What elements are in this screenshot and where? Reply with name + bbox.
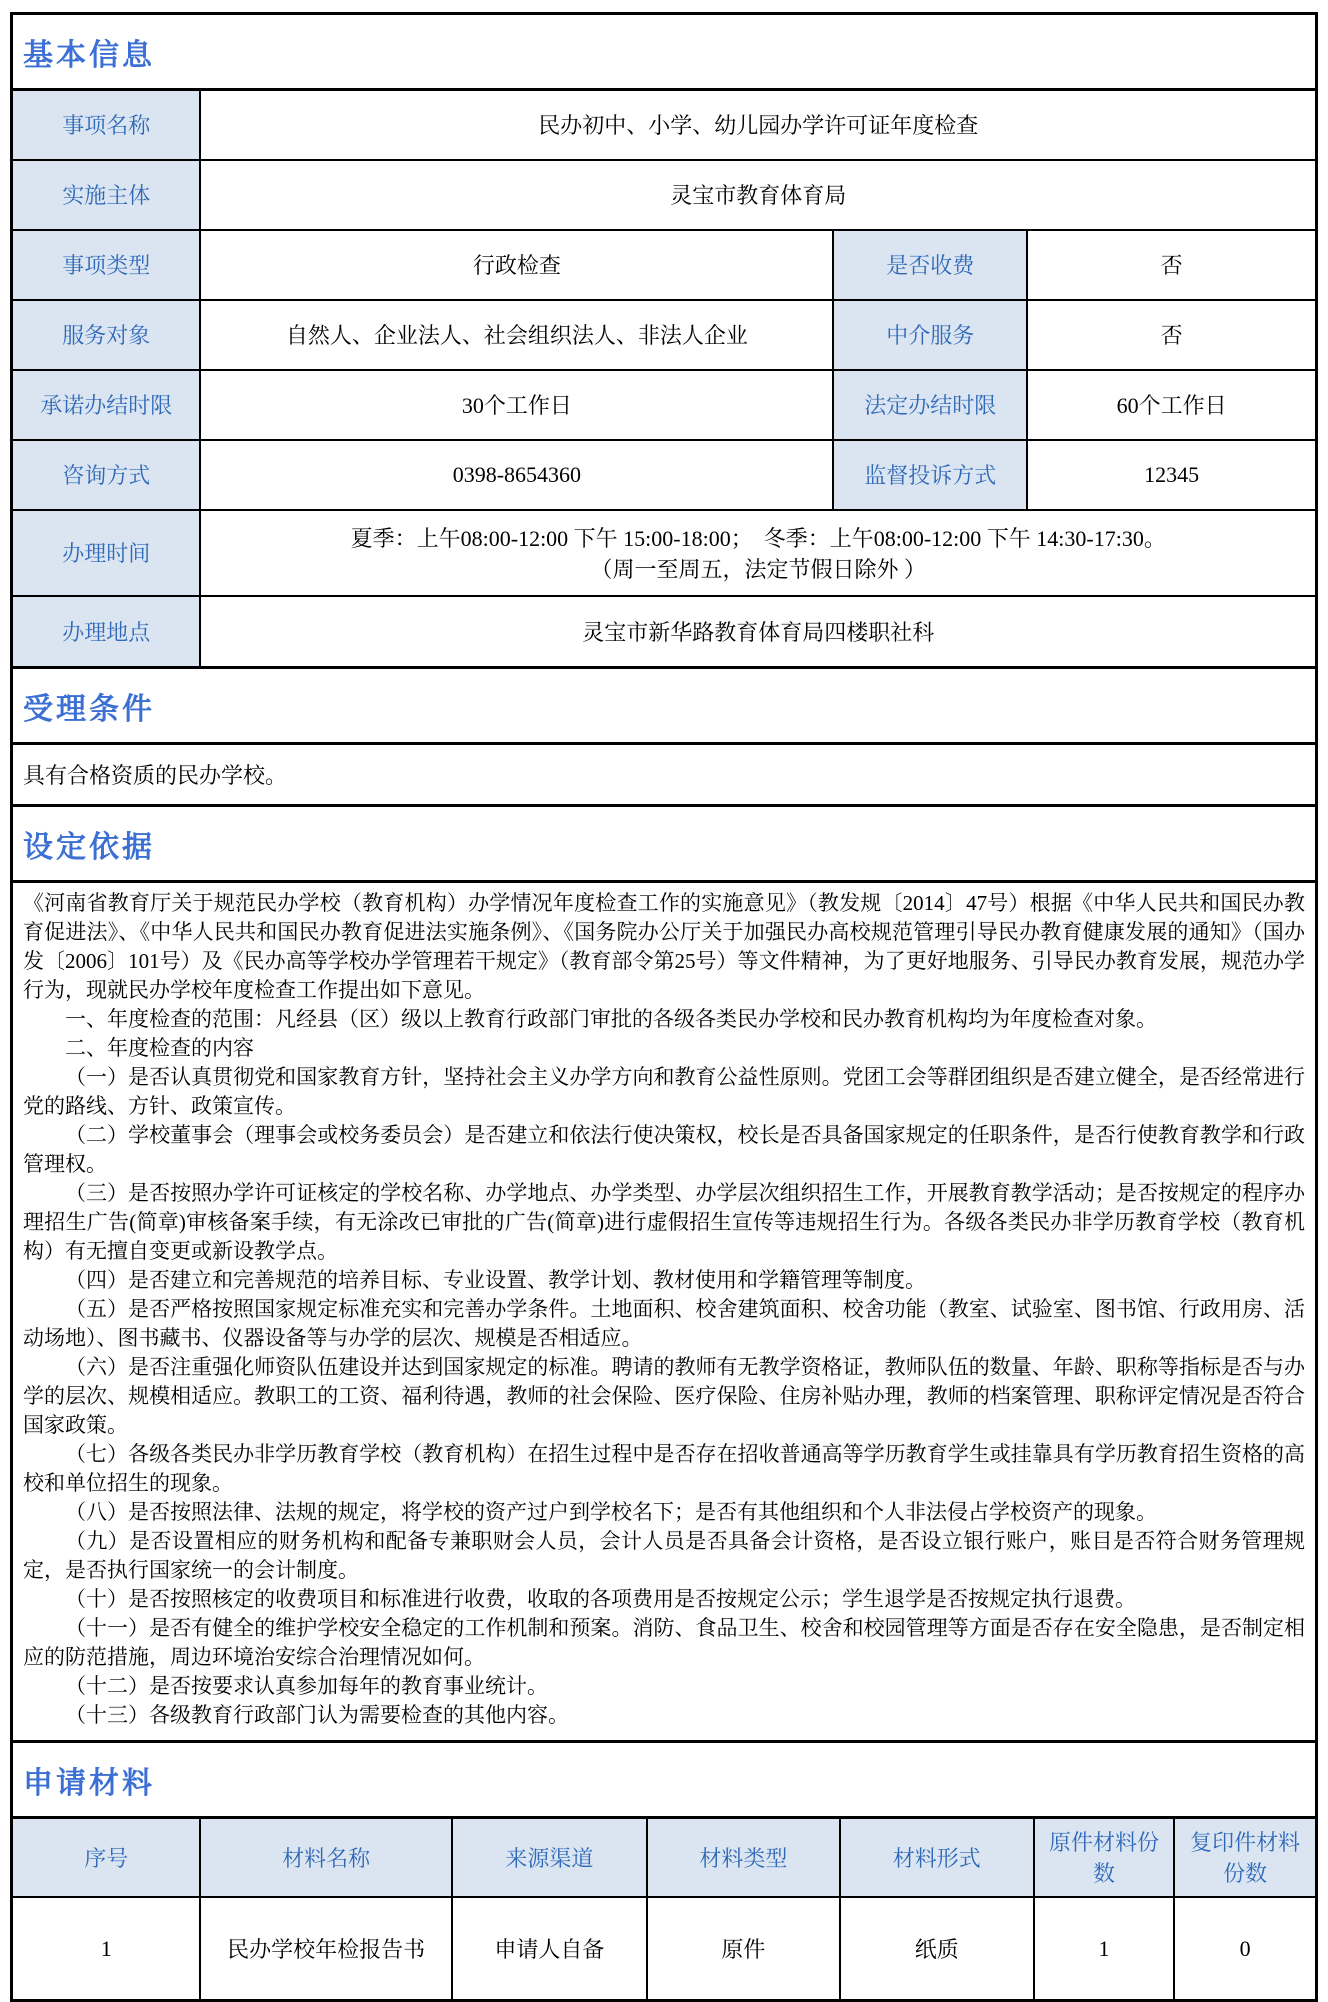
basis-paragraph: （七）各级各类民办非学历教育学校（教育机构）在招生过程中是否存在招收普通高等学历… [23, 1440, 1305, 1498]
header-cell: 原件材料份数 [1034, 1817, 1175, 1897]
field-value: 夏季：上午08:00-12:00 下午 15:00-18:00； 冬季：上午08… [200, 510, 1315, 596]
field-value: 60个工作日 [1027, 370, 1315, 440]
basis-paragraph: 《河南省教育厅关于规范民办学校（教育机构）办学情况年度检查工作的实施意见》（教发… [23, 889, 1305, 1005]
materials-table: 序号 材料名称 来源渠道 材料类型 材料形式 原件材料份数 复印件材料份数 1 … [13, 1816, 1315, 2000]
header-cell: 材料类型 [647, 1817, 840, 1897]
basic-info-table: 事项名称 民办初中、小学、幼儿园办学许可证年度检查 实施主体 灵宝市教育体育局 … [13, 88, 1315, 666]
field-label: 办理时间 [13, 510, 200, 596]
field-value: 12345 [1027, 440, 1315, 510]
table-row: 1 民办学校年检报告书 申请人自备 原件 纸质 1 0 [13, 1897, 1315, 1999]
field-label: 是否收费 [833, 230, 1027, 300]
table-row: 实施主体 灵宝市教育体育局 [13, 160, 1315, 230]
section-title-basic-info: 基本信息 [13, 15, 1315, 88]
basis-paragraph: （十三）各级教育行政部门认为需要检查的其他内容。 [23, 1701, 1305, 1730]
cell-material-name: 民办学校年检报告书 [200, 1897, 451, 1999]
header-cell: 来源渠道 [452, 1817, 647, 1897]
basis-paragraph: （四）是否建立和完善规范的培养目标、专业设置、教学计划、教材使用和学籍管理等制度… [23, 1266, 1305, 1295]
field-label: 实施主体 [13, 160, 200, 230]
header-cell: 序号 [13, 1817, 200, 1897]
acceptance-content: 具有合格资质的民办学校。 [13, 742, 1315, 804]
basis-paragraph: （九）是否设置相应的财务机构和配备专兼职财会人员，会计人员是否具备会计资格，是否… [23, 1527, 1305, 1585]
cell-source: 申请人自备 [452, 1897, 647, 1999]
basis-paragraph: （二）学校董事会（理事会或校务委员会）是否建立和依法行使决策权，校长是否具备国家… [23, 1121, 1305, 1179]
cell-copy-count: 0 [1174, 1897, 1315, 1999]
basis-paragraph: （一）是否认真贯彻党和国家教育方针，坚持社会主义办学方向和教育公益性原则。党团工… [23, 1063, 1305, 1121]
basis-paragraph: （六）是否注重强化师资队伍建设并达到国家规定的标准。聘请的教师有无教学资格证，教… [23, 1353, 1305, 1440]
table-row: 事项类型 行政检查 是否收费 否 [13, 230, 1315, 300]
section-title-acceptance: 受理条件 [13, 666, 1315, 742]
field-label: 事项名称 [13, 90, 200, 160]
basis-content: 《河南省教育厅关于规范民办学校（教育机构）办学情况年度检查工作的实施意见》（教发… [13, 880, 1315, 1740]
field-value: 30个工作日 [200, 370, 833, 440]
table-row: 办理地点 灵宝市新华路教育体育局四楼职社科 [13, 596, 1315, 666]
section-title-materials: 申请材料 [13, 1740, 1315, 1816]
field-label: 承诺办结时限 [13, 370, 200, 440]
section-title-basis: 设定依据 [13, 804, 1315, 880]
field-value: 自然人、企业法人、社会组织法人、非法人企业 [200, 300, 833, 370]
header-cell: 材料名称 [200, 1817, 451, 1897]
field-value: 0398-8654360 [200, 440, 833, 510]
table-row: 承诺办结时限 30个工作日 法定办结时限 60个工作日 [13, 370, 1315, 440]
table-header-row: 序号 材料名称 来源渠道 材料类型 材料形式 原件材料份数 复印件材料份数 [13, 1817, 1315, 1897]
field-label: 咨询方式 [13, 440, 200, 510]
field-value: 灵宝市教育体育局 [200, 160, 1315, 230]
basis-paragraph: （十一）是否有健全的维护学校安全稳定的工作机制和预案。消防、食品卫生、校舍和校园… [23, 1614, 1305, 1672]
cell-material-type: 原件 [647, 1897, 840, 1999]
field-label: 服务对象 [13, 300, 200, 370]
field-label: 中介服务 [833, 300, 1027, 370]
field-label: 监督投诉方式 [833, 440, 1027, 510]
table-row: 事项名称 民办初中、小学、幼儿园办学许可证年度检查 [13, 90, 1315, 160]
basis-paragraph: 二、年度检查的内容 [23, 1034, 1305, 1063]
cell-original-count: 1 [1034, 1897, 1175, 1999]
field-label: 法定办结时限 [833, 370, 1027, 440]
basis-paragraph: （五）是否严格按照国家规定标准充实和完善办学条件。土地面积、校舍建筑面积、校舍功… [23, 1295, 1305, 1353]
field-value: 灵宝市新华路教育体育局四楼职社科 [200, 596, 1315, 666]
table-row: 咨询方式 0398-8654360 监督投诉方式 12345 [13, 440, 1315, 510]
basis-paragraph: （八）是否按照法律、法规的规定，将学校的资产过户到学校名下；是否有其他组织和个人… [23, 1498, 1305, 1527]
cell-seq: 1 [13, 1897, 200, 1999]
field-label: 办理地点 [13, 596, 200, 666]
basis-paragraph: （十）是否按照核定的收费项目和标准进行收费，收取的各项费用是否按规定公示；学生退… [23, 1585, 1305, 1614]
field-value: 否 [1027, 300, 1315, 370]
table-row: 办理时间 夏季：上午08:00-12:00 下午 15:00-18:00； 冬季… [13, 510, 1315, 596]
header-cell: 复印件材料份数 [1174, 1817, 1315, 1897]
document-table: 基本信息 事项名称 民办初中、小学、幼儿园办学许可证年度检查 实施主体 灵宝市教… [10, 12, 1318, 2002]
table-row: 服务对象 自然人、企业法人、社会组织法人、非法人企业 中介服务 否 [13, 300, 1315, 370]
field-value: 行政检查 [200, 230, 833, 300]
header-cell: 材料形式 [840, 1817, 1034, 1897]
basis-paragraph: 一、年度检查的范围：凡经县（区）级以上教育行政部门审批的各级各类民办学校和民办教… [23, 1005, 1305, 1034]
basis-paragraph: （十二）是否按要求认真参加每年的教育事业统计。 [23, 1672, 1305, 1701]
basis-paragraph: （三）是否按照办学许可证核定的学校名称、办学地点、办学类型、办学层次组织招生工作… [23, 1179, 1305, 1266]
field-label: 事项类型 [13, 230, 200, 300]
page: 基本信息 事项名称 民办初中、小学、幼儿园办学许可证年度检查 实施主体 灵宝市教… [0, 0, 1328, 1972]
field-value: 民办初中、小学、幼儿园办学许可证年度检查 [200, 90, 1315, 160]
field-value: 否 [1027, 230, 1315, 300]
cell-material-form: 纸质 [840, 1897, 1034, 1999]
